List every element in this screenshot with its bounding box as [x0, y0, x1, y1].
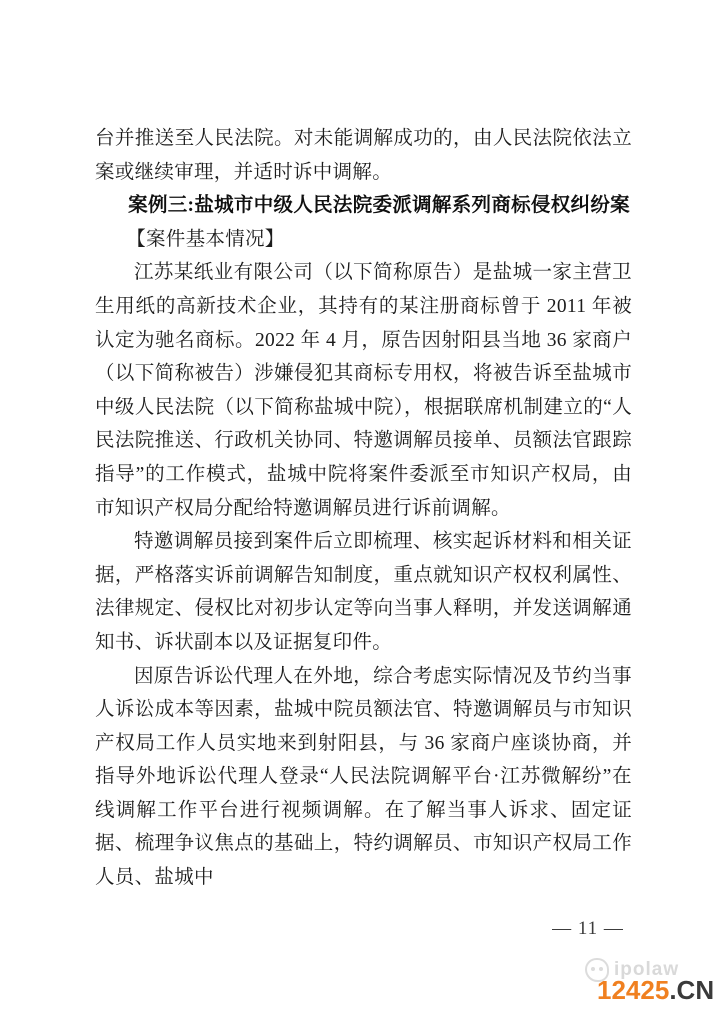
document-body: 台并推送至人民法院。对未能调解成功的，由人民法院依法立案或继续审理，并适时诉中调… — [95, 122, 632, 895]
paragraph-continuation: 台并推送至人民法院。对未能调解成功的，由人民法院依法立案或继续审理，并适时诉中调… — [95, 122, 632, 189]
watermark-tld: .CN — [669, 975, 714, 1005]
paragraph: 特邀调解员接到案件后立即梳理、核实起诉材料和相关证据，严格落实诉前调解告知制度，… — [95, 525, 632, 659]
page-number: — 11 — — [538, 918, 638, 940]
watermark: ipolaw 12425.CN — [583, 956, 720, 1014]
paragraph: 因原告诉讼代理人在外地，综合考虑实际情况及节约当事人诉讼成本等因素，盐城中院员额… — [95, 660, 632, 895]
watermark-number: 12425 — [597, 975, 669, 1005]
section-heading: 【案件基本情况】 — [95, 223, 632, 257]
paragraph: 江苏某纸业有限公司（以下简称原告）是盐城一家主营卫生用纸的高新技术企业，其持有的… — [95, 256, 632, 525]
case-heading: 案例三:盐城市中级人民法院委派调解系列商标侵权纠纷案 — [95, 189, 632, 223]
watermark-text: 12425.CN — [597, 977, 714, 1003]
document-page: 台并推送至人民法院。对未能调解成功的，由人民法院依法立案或继续审理，并适时诉中调… — [0, 0, 720, 1018]
